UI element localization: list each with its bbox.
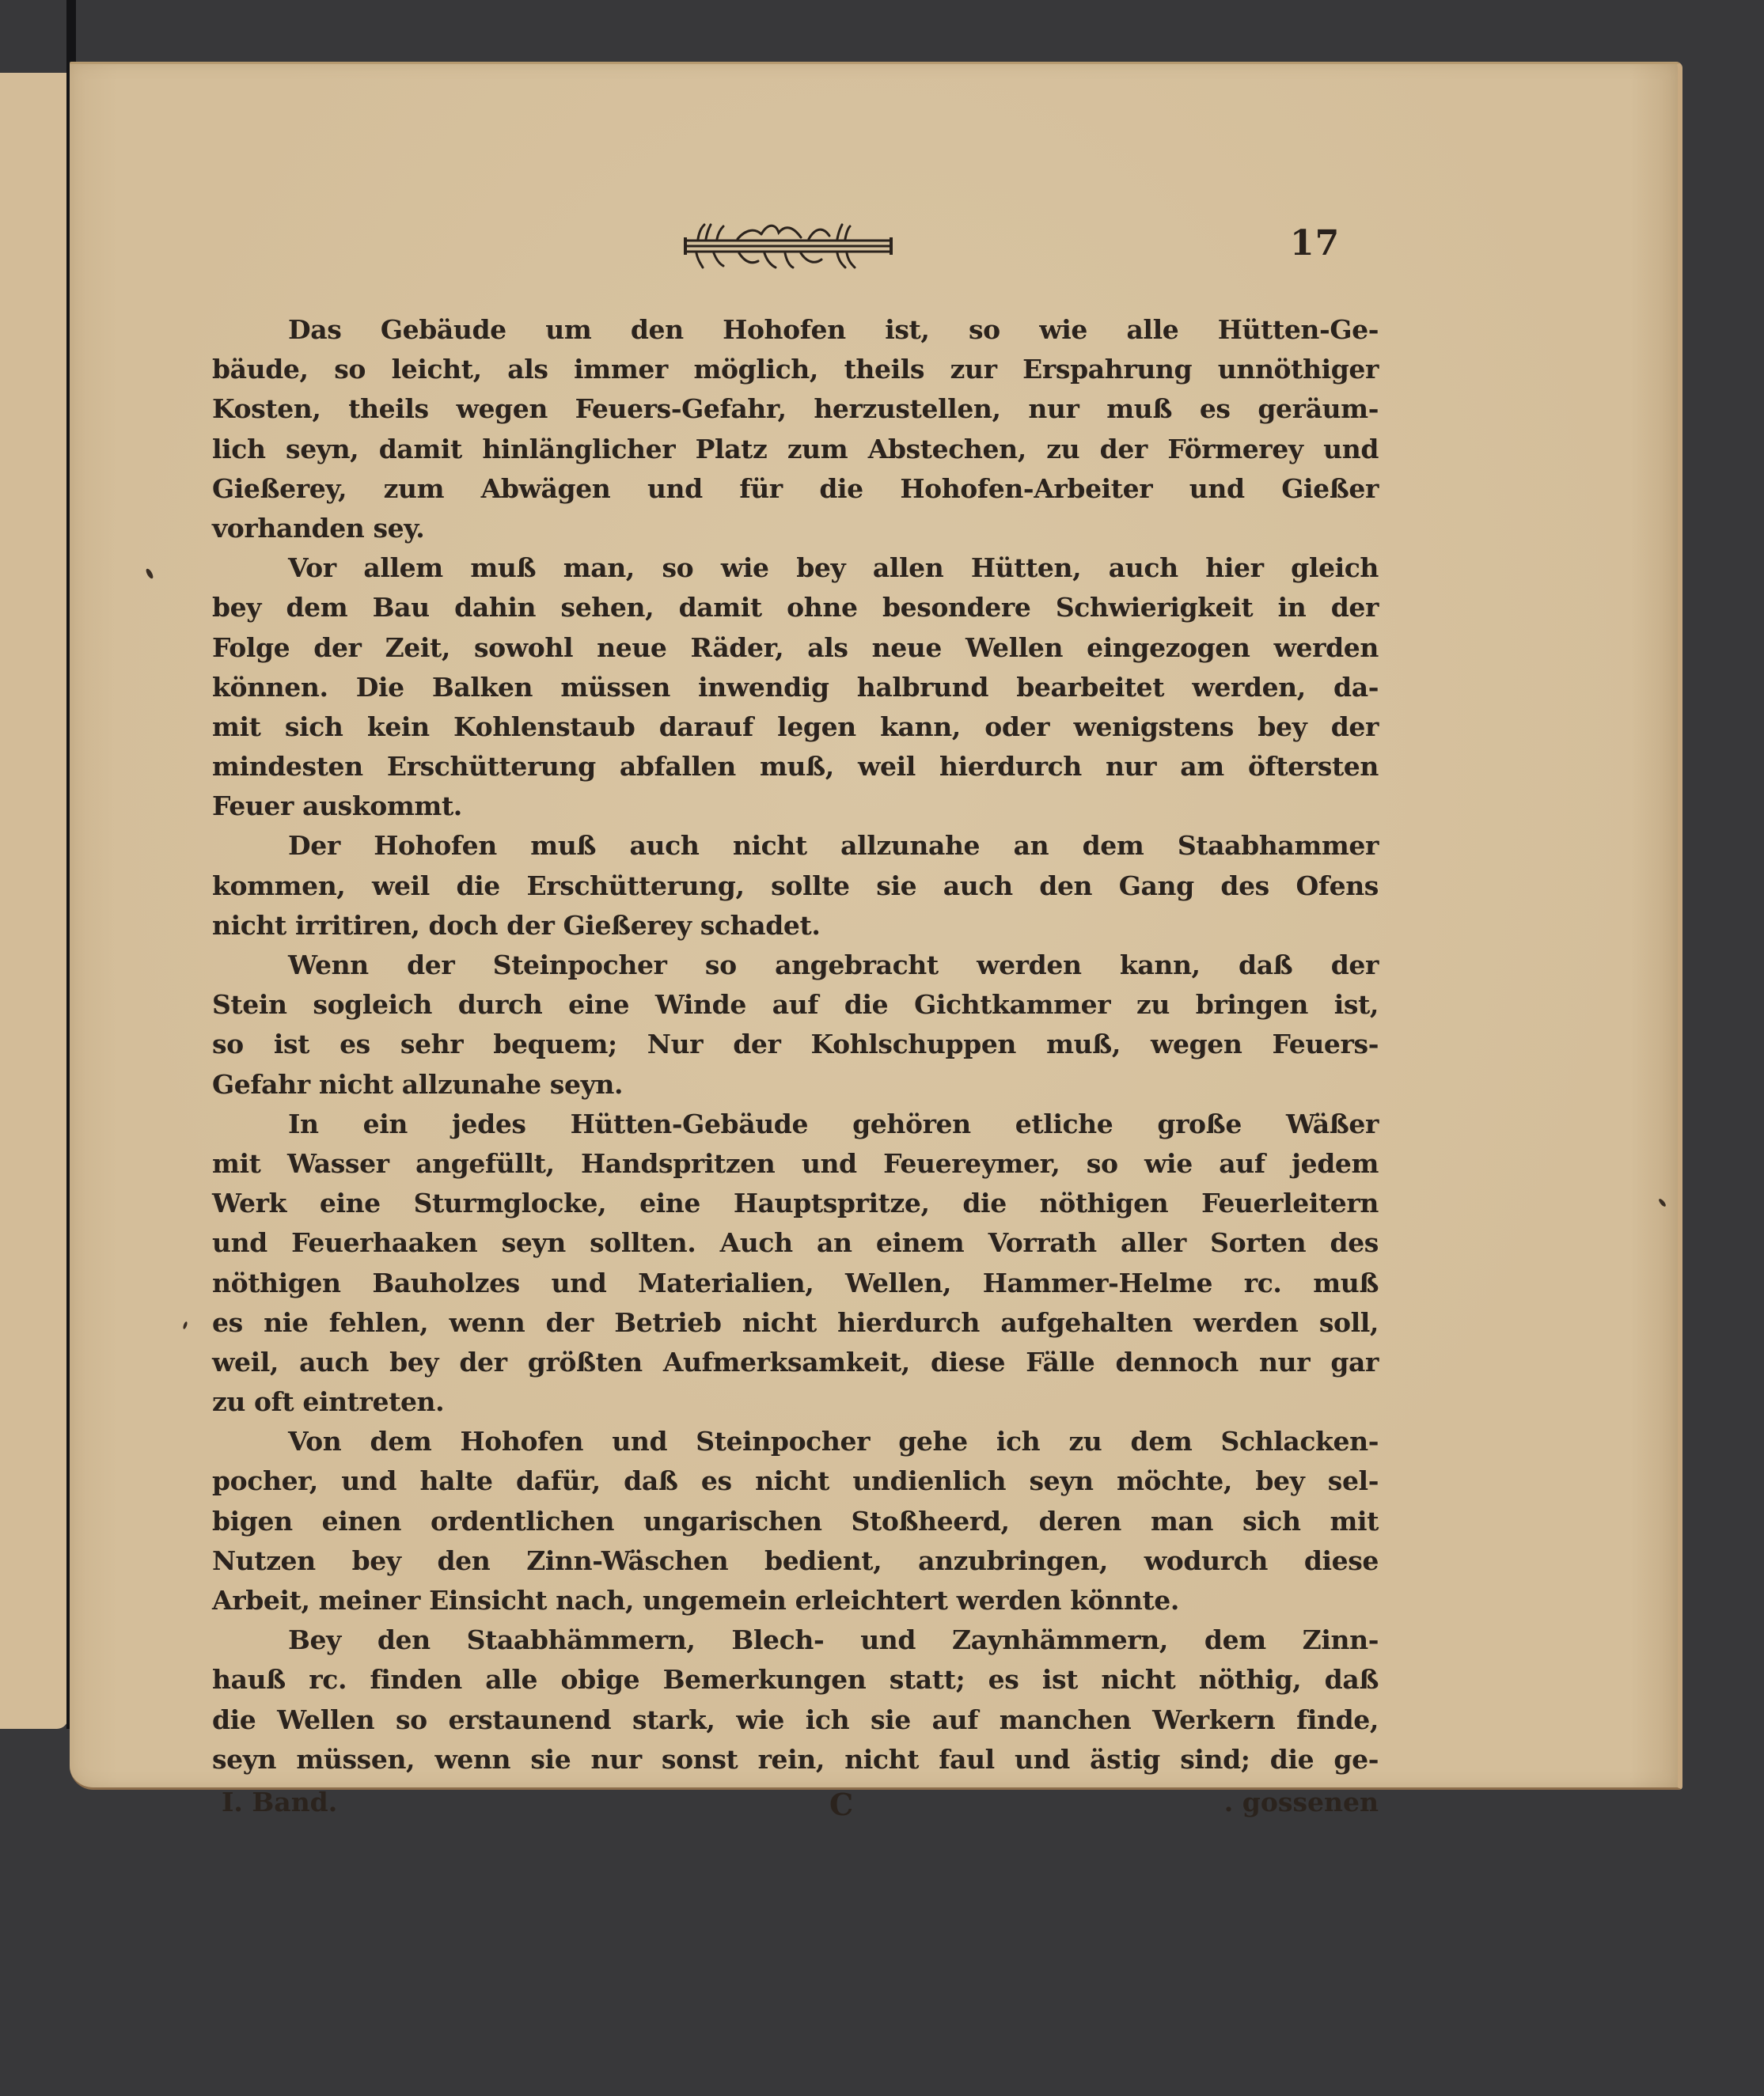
previous-page-edge bbox=[0, 73, 68, 1729]
text-line: Folge der Zeit, sowohl neue Räder, als n… bbox=[212, 628, 1379, 668]
text-line: hauß rc. finden alle obige Bemerkungen s… bbox=[212, 1660, 1379, 1700]
ornamental-headpiece-icon bbox=[682, 222, 896, 271]
text-line: Bey den Staabhämmern, Blech- und Zaynhäm… bbox=[212, 1620, 1379, 1660]
text-line: nöthigen Bauholzes und Materialien, Well… bbox=[212, 1264, 1379, 1303]
text-line: Werk eine Sturmglocke, eine Hauptspritze… bbox=[212, 1184, 1379, 1223]
text-line: pocher, und halte dafür, daß es nicht un… bbox=[212, 1461, 1379, 1501]
text-line: Der Hohofen muß auch nicht allzunahe an … bbox=[212, 826, 1379, 866]
text-line: nicht irritiren, doch der Gießerey schad… bbox=[212, 906, 1379, 946]
text-line: mindesten Erschütterung abfallen muß, we… bbox=[212, 747, 1379, 786]
text-line: lich seyn, damit hinlänglicher Platz zum… bbox=[212, 430, 1379, 469]
text-line: vorhanden sey. bbox=[212, 509, 1379, 548]
text-line: mit Wasser angefüllt, Handspritzen und F… bbox=[212, 1144, 1379, 1184]
text-line: bey dem Bau dahin sehen, damit ohne beso… bbox=[212, 588, 1379, 627]
text-line: weil, auch bey der größten Aufmerksamkei… bbox=[212, 1343, 1379, 1382]
volume-signature: I. Band. bbox=[222, 1787, 337, 1817]
text-line: Vor allem muß man, so wie bey allen Hütt… bbox=[212, 548, 1379, 588]
text-line: so ist es sehr bequem; Nur der Kohlschup… bbox=[212, 1025, 1379, 1064]
text-line: können. Die Balken müssen inwendig halbr… bbox=[212, 668, 1379, 707]
text-line: Nutzen bey den Zinn-Wäschen bedient, anz… bbox=[212, 1541, 1379, 1581]
text-line: mit sich kein Kohlenstaub darauf legen k… bbox=[212, 707, 1379, 747]
text-line: bigen einen ordentlichen ungarischen Sto… bbox=[212, 1502, 1379, 1541]
text-line: In ein jedes Hütten-Gebäude gehören etli… bbox=[212, 1105, 1379, 1144]
text-line: bäude, so leicht, als immer möglich, the… bbox=[212, 350, 1379, 389]
text-line: Wenn der Steinpocher so angebracht werde… bbox=[212, 946, 1379, 985]
page-footer: I. Band. C . gossenen bbox=[212, 1787, 1379, 1826]
text-line: zu oft eintreten. bbox=[212, 1382, 1379, 1422]
text-line: und Feuerhaaken seyn sollten. Auch an ei… bbox=[212, 1223, 1379, 1263]
page-number: 17 bbox=[1290, 223, 1340, 263]
text-line: Von dem Hohofen und Steinpocher gehe ich… bbox=[212, 1422, 1379, 1461]
text-line: Arbeit, meiner Einsicht nach, ungemein e… bbox=[212, 1581, 1379, 1620]
text-line: es nie fehlen, wenn der Betrieb nicht hi… bbox=[212, 1303, 1379, 1343]
text-line: Kosten, theils wegen Feuers-Gefahr, herz… bbox=[212, 389, 1379, 429]
text-line: Das Gebäude um den Hohofen ist, so wie a… bbox=[212, 310, 1379, 350]
text-line: kommen, weil die Erschütterung, sollte s… bbox=[212, 866, 1379, 906]
text-line: die Wellen so erstaunend stark, wie ich … bbox=[212, 1700, 1379, 1740]
signature-mark: C bbox=[829, 1787, 853, 1822]
text-line: Gießerey, zum Abwägen und für die Hohofe… bbox=[212, 469, 1379, 509]
text-line: Gefahr nicht allzunahe seyn. bbox=[212, 1065, 1379, 1105]
text-line: Feuer auskommt. bbox=[212, 786, 1379, 826]
text-line: Stein sogleich durch eine Winde auf die … bbox=[212, 985, 1379, 1025]
body-text: Das Gebäude um den Hohofen ist, so wie a… bbox=[212, 310, 1379, 1780]
text-line: seyn müssen, wenn sie nur sonst rein, ni… bbox=[212, 1740, 1379, 1780]
catchword: . gossenen bbox=[1224, 1787, 1379, 1817]
